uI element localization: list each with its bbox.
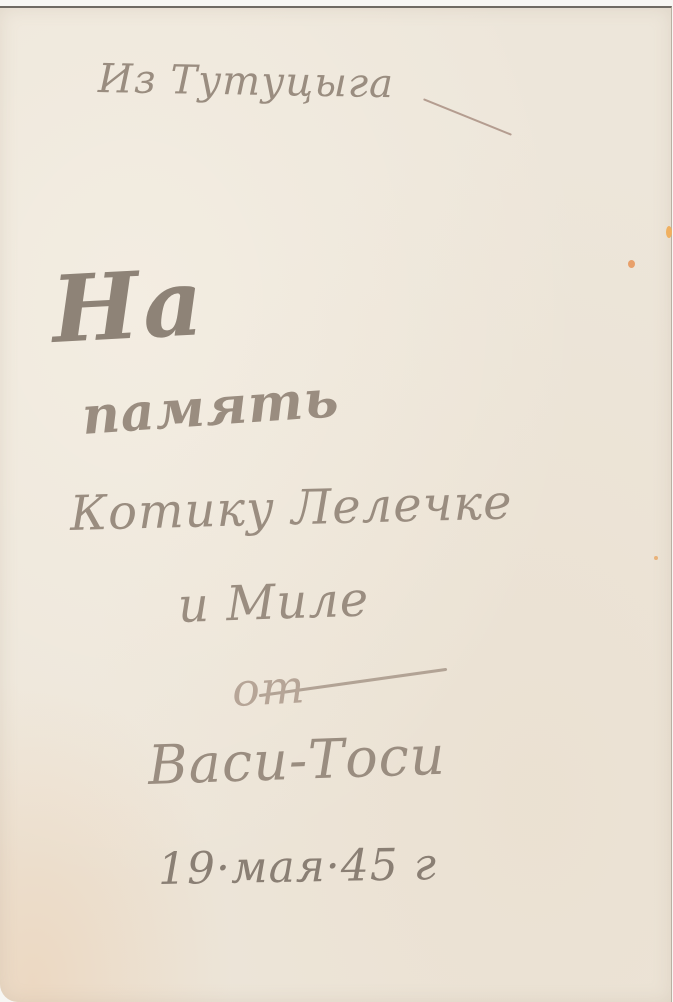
handwritten-date: 19·мая·45 г (158, 839, 438, 895)
handwritten-line-ot: от (231, 659, 307, 717)
handwritten-header-from: Из Тутуцыга (98, 56, 395, 107)
handwritten-line-recipients: Котику Лелечке (69, 474, 513, 542)
handwritten-line-pamyat: память (80, 368, 341, 447)
foxing-stain (666, 226, 672, 238)
handwritten-line-i-mile: и Миле (177, 571, 370, 634)
foxing-stain (654, 556, 658, 560)
header-flourish-stroke (423, 98, 512, 135)
handwritten-line-na: На (49, 248, 209, 364)
foxing-stain (628, 260, 635, 268)
photo-card-back: Из Тутуцыга На память Котику Лелечке и М… (0, 6, 672, 1000)
handwritten-line-sender: Васи-Тоси (147, 724, 447, 797)
